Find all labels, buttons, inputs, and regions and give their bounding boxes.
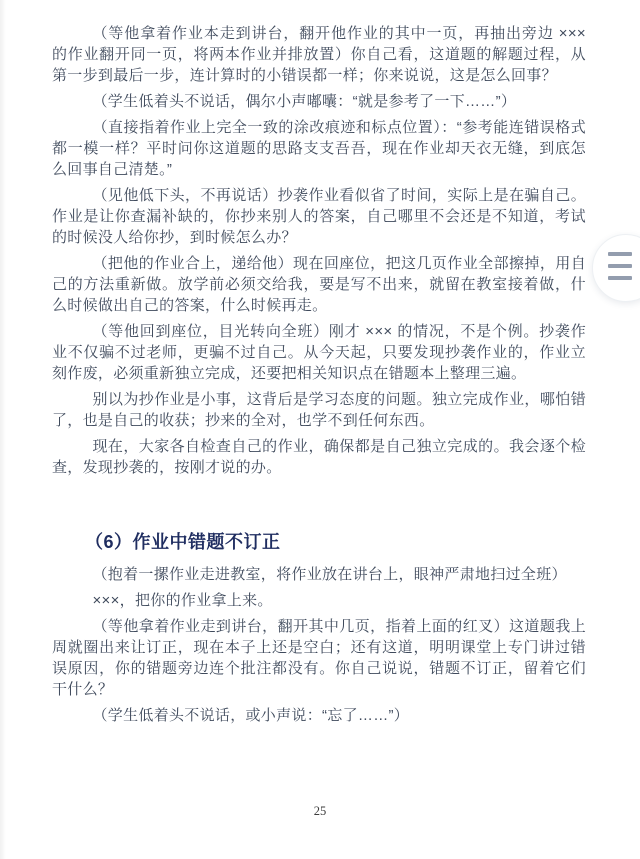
paragraph: （见他低下头，不再说话）抄袭作业看似省了时间，实际上是在骗自己。作业是让你查漏补… <box>52 185 586 248</box>
paragraph: （抱着一摞作业走进教室，将作业放在讲台上，眼神严肃地扫过全班） <box>52 564 586 585</box>
paragraph: （等他拿着作业走到讲台，翻开其中几页，指着上面的红叉）这道题我上周就圈出来让订正… <box>52 616 586 700</box>
page-number: 25 <box>0 804 640 819</box>
paragraph: 现在，大家各自检查自己的作业，确保都是自己独立完成的。我会逐个检查，发现抄袭的，… <box>52 436 586 478</box>
paragraph: （学生低着头不说话，或小声说：“忘了……”） <box>52 705 586 726</box>
paragraph: ×××，把你的作业拿上来。 <box>52 590 586 611</box>
section-heading: （6）作业中错题不订正 <box>85 530 586 554</box>
paragraph: （学生低着头不说话，偶尔小声嘟囔：“就是参考了一下……”） <box>52 91 586 112</box>
document-page: （等他拿着作业本走到讲台，翻开他作业的其中一页，再抽出旁边 ××× 的作业翻开同… <box>0 0 640 726</box>
paragraph: （把他的作业合上，递给他）现在回座位，把这几页作业全部擦掉，用自己的方法重新做。… <box>52 253 586 316</box>
paragraph: （直接指着作业上完全一致的涂改痕迹和标点位置）：“参考能连错误格式都一模一样？平… <box>52 117 586 180</box>
paragraph: （等他回到座位，目光转向全班）刚才 ××× 的情况，不是个例。抄袭作业不仅骗不过… <box>52 321 586 384</box>
paragraph: 别以为抄作业是小事，这背后是学习态度的问题。独立完成作业，哪怕错了，也是自己的收… <box>52 389 586 431</box>
paragraph: （等他拿着作业本走到讲台，翻开他作业的其中一页，再抽出旁边 ××× 的作业翻开同… <box>52 23 586 86</box>
hamburger-menu-icon <box>608 252 632 280</box>
